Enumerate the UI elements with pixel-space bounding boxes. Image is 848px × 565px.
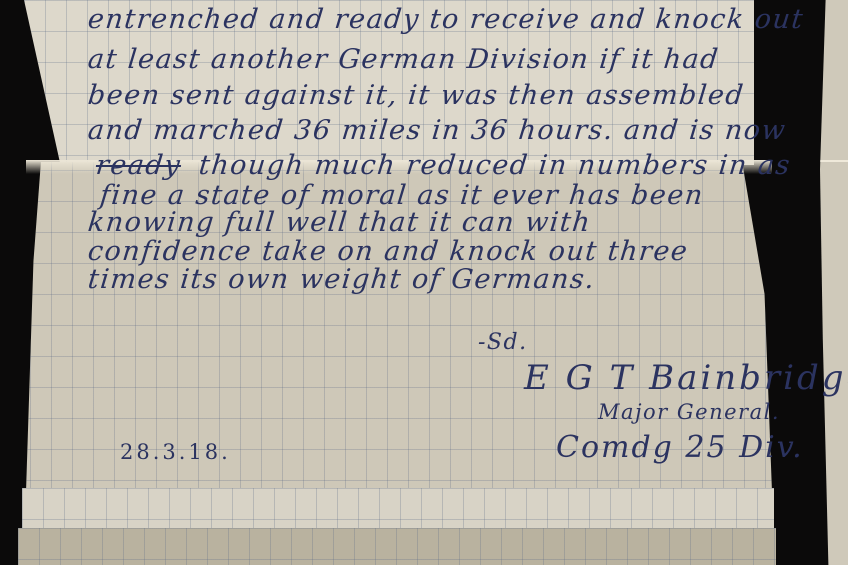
signature: E G T Bainbridge: [524, 358, 848, 398]
letter-lower-panel: [22, 488, 774, 530]
letter-line-2: at least another German Division if it h…: [86, 44, 720, 75]
adjacent-page-edge: [820, 0, 848, 565]
letter-bottom-fold: [18, 528, 776, 565]
letter-line-8: confidence take on and knock out three: [86, 236, 690, 267]
adjacent-page-fold: [820, 160, 848, 162]
letter-line-5: readythough much reduced in numbers in a…: [94, 150, 792, 181]
letter-date: 28.3.18.: [120, 440, 231, 464]
signatory-rank: Major General.: [598, 400, 780, 424]
letter-line-1: entrenched and ready to receive and knoc…: [86, 4, 805, 35]
photo-stage: entrenched and ready to receive and knoc…: [0, 0, 848, 565]
letter-line-4: and marched 36 miles in 36 hours. and is…: [86, 115, 787, 146]
letter-line-5-text: though much reduced in numbers in as: [197, 150, 792, 181]
letter-line-3: been sent against it, it was then assemb…: [86, 80, 746, 111]
struck-out-word: ready: [94, 150, 182, 181]
signatory-command: Comdg 25 Div.: [556, 430, 804, 465]
letter-line-7: knowing full well that it can with: [86, 207, 592, 238]
letter-line-9: times its own weight of Germans.: [86, 264, 597, 295]
signed-mark: -Sd.: [478, 330, 528, 355]
